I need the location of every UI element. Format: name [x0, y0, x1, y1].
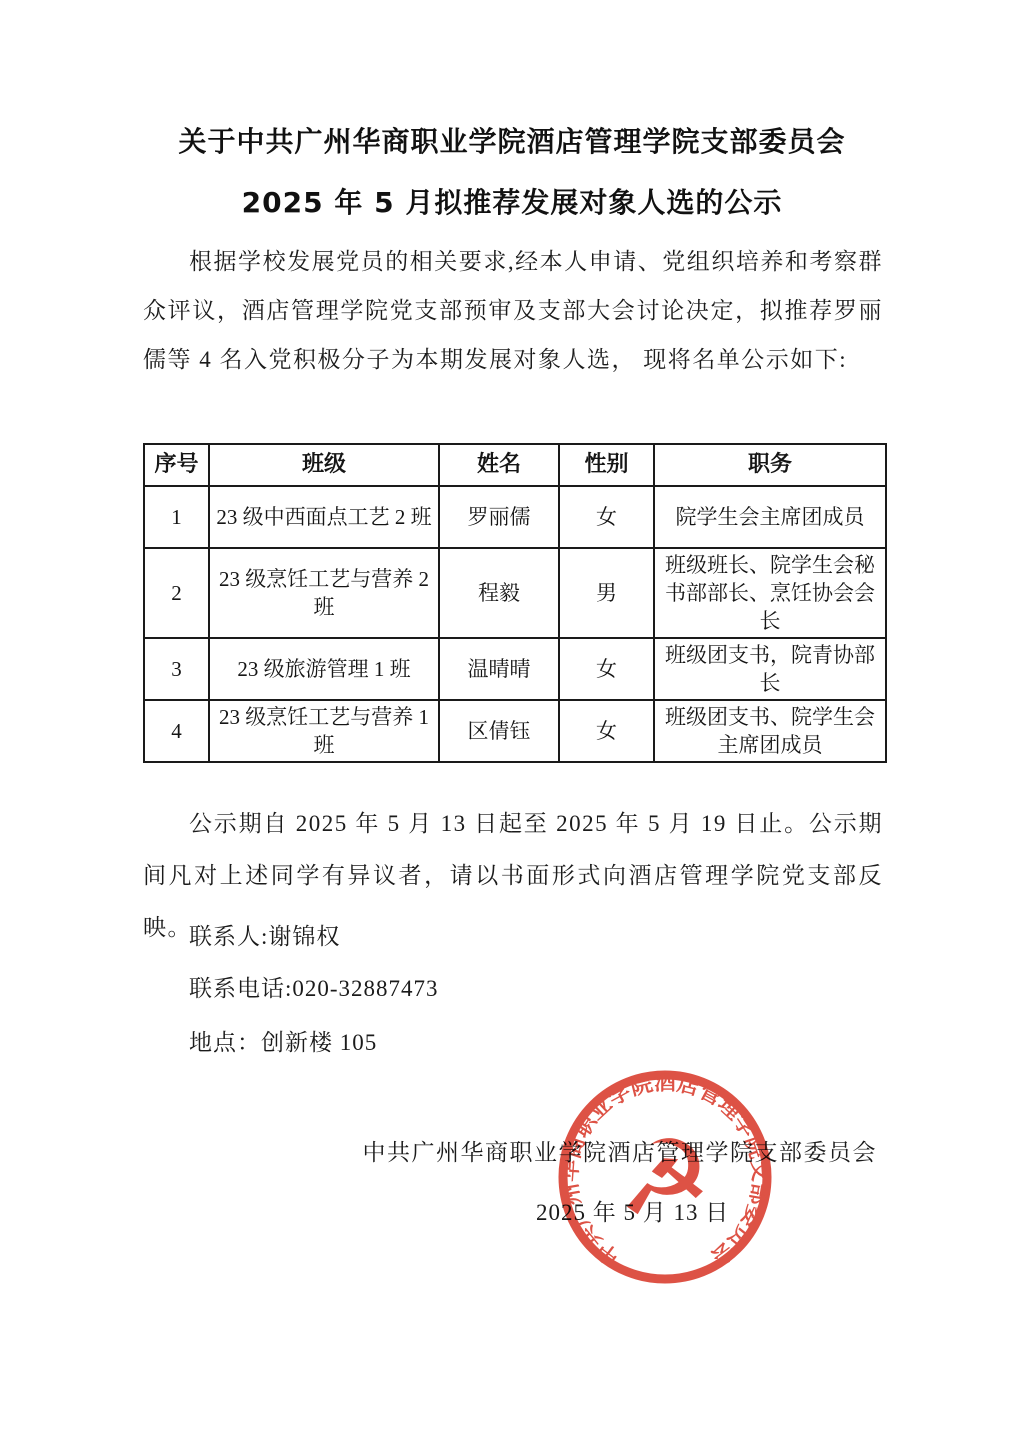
cell-class: 23 级烹饪工艺与营养 2 班 [209, 548, 439, 638]
svg-text:中共广州华商职业学院酒店管理学院支部委员会: 中共广州华商职业学院酒店管理学院支部委员会 [557, 1071, 772, 1270]
contact-person: 联系人:谢锦权 [189, 918, 340, 951]
cell-position: 院学生会主席团成员 [654, 486, 886, 548]
cell-position: 班级团支书、院学生会主席团成员 [654, 700, 886, 762]
cell-serial: 2 [144, 548, 209, 638]
cell-position: 班级团支书，院青协部长 [654, 638, 886, 700]
cell-class: 23 级烹饪工艺与营养 1 班 [209, 700, 439, 762]
document-title-line1: 关于中共广州华商职业学院酒店管理学院支部委员会 [0, 120, 1024, 160]
cell-name: 罗丽儒 [439, 486, 559, 548]
date-line: 2025 年 5 月 13 日 [536, 1194, 729, 1227]
candidates-table: 序号 班级 姓名 性别 职务 1 23 级中西面点工艺 2 班 罗丽儒 女 院学… [143, 443, 887, 763]
cell-serial: 3 [144, 638, 209, 700]
table-row: 2 23 级烹饪工艺与营养 2 班 程毅 男 班级班长、院学生会秘书部部长、烹饪… [144, 548, 886, 638]
intro-paragraph: 根据学校发展党员的相关要求,经本人申请、党组织培养和考察群众评议，酒店管理学院党… [143, 237, 883, 384]
cell-gender: 女 [559, 700, 654, 762]
signature-line: 中共广州华商职业学院酒店管理学院支部委员会 [363, 1134, 878, 1167]
official-seal-stamp: 中共广州华商职业学院酒店管理学院支部委员会 ☭ [552, 1064, 778, 1290]
cell-gender: 女 [559, 486, 654, 548]
cell-name: 温晴晴 [439, 638, 559, 700]
table-header-row: 序号 班级 姓名 性别 职务 [144, 444, 886, 486]
column-header-position: 职务 [654, 444, 886, 486]
contact-location: 地点：创新楼 105 [189, 1024, 377, 1057]
cell-class: 23 级旅游管理 1 班 [209, 638, 439, 700]
cell-name: 程毅 [439, 548, 559, 638]
document-page: 关于中共广州华商职业学院酒店管理学院支部委员会 2025 年 5 月拟推荐发展对… [0, 0, 1024, 1447]
table-row: 4 23 级烹饪工艺与营养 1 班 区倩钰 女 班级团支书、院学生会主席团成员 [144, 700, 886, 762]
cell-serial: 4 [144, 700, 209, 762]
contact-phone: 联系电话:020-32887473 [189, 970, 439, 1003]
column-header-class: 班级 [209, 444, 439, 486]
cell-name: 区倩钰 [439, 700, 559, 762]
column-header-name: 姓名 [439, 444, 559, 486]
table-row: 3 23 级旅游管理 1 班 温晴晴 女 班级团支书，院青协部长 [144, 638, 886, 700]
cell-position: 班级班长、院学生会秘书部部长、烹饪协会会长 [654, 548, 886, 638]
seal-ring [563, 1075, 767, 1279]
cell-gender: 女 [559, 638, 654, 700]
table-row: 1 23 级中西面点工艺 2 班 罗丽儒 女 院学生会主席团成员 [144, 486, 886, 548]
cell-serial: 1 [144, 486, 209, 548]
cell-class: 23 级中西面点工艺 2 班 [209, 486, 439, 548]
cell-gender: 男 [559, 548, 654, 638]
seal-ring-text: 中共广州华商职业学院酒店管理学院支部委员会 [557, 1071, 772, 1270]
column-header-gender: 性别 [559, 444, 654, 486]
column-header-serial: 序号 [144, 444, 209, 486]
document-title-line2: 2025 年 5 月拟推荐发展对象人选的公示 [0, 181, 1024, 221]
